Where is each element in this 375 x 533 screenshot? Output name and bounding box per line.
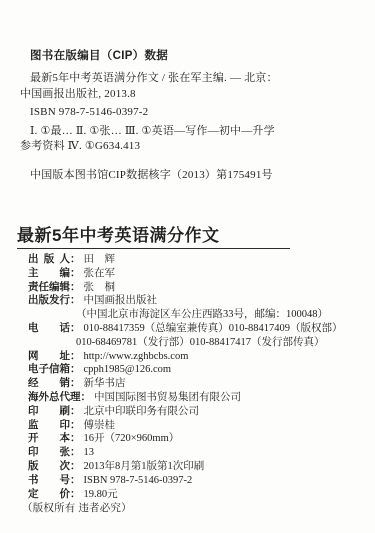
colon: ： <box>70 363 81 377</box>
cip-classification-line-1: Ⅰ. ①最… Ⅱ. ①张… Ⅲ. ①英语—写作—初中—升学 <box>20 124 359 140</box>
colophon-row-printer: 印刷：北京中印联印务有限公司 <box>28 405 363 419</box>
colophon-label: 版次 <box>28 460 70 474</box>
colon: ： <box>81 391 92 405</box>
colophon-row-format: 开本：16开（720×960mm） <box>28 432 363 446</box>
colophon-label: 开本 <box>28 432 70 446</box>
colophon-row-print-supervisor: 监印：傅崇桂 <box>28 419 363 433</box>
colophon-row-chief-editor: 主编：张在军 <box>28 267 363 281</box>
colon: ： <box>70 322 81 336</box>
colophon-label: 主编 <box>28 267 70 281</box>
cip-isbn-line: ISBN 978-7-5146-0397-2 <box>20 105 359 121</box>
colophon-value: 张在军 <box>81 267 116 281</box>
copyright-notice: （版权所有 违者必究） <box>22 502 363 516</box>
colophon-label: 书号 <box>28 474 70 488</box>
colophon-label: 海外总代理 <box>28 391 81 405</box>
colon: ： <box>70 405 81 419</box>
colon: ： <box>70 474 81 488</box>
colophon-label: 印张 <box>28 446 70 460</box>
colophon-row-overseas-agent: 海外总代理：中国国际图书贸易集团有限公司 <box>28 391 363 405</box>
colon: ： <box>70 460 81 474</box>
colon: ： <box>70 432 81 446</box>
colophon-value: 北京中印联印务有限公司 <box>81 405 200 419</box>
colophon-label: 定价 <box>28 488 70 502</box>
cip-entry-line-2: 中国画报出版社, 2013.8 <box>20 87 359 103</box>
colophon-value: cpph1985@126.com <box>81 363 172 377</box>
colophon-row-telephone: 电话：010-88417359（总编室兼传真）010-88417409（版权部） <box>28 322 363 336</box>
cip-block: 图书在版编目（CIP）数据 最新5年中考英语满分作文 / 张在军主编. — 北京… <box>20 50 359 183</box>
colophon-value: 中国画报出版社 <box>81 294 158 308</box>
colophon-value: 13 <box>81 446 95 460</box>
colophon-continuation: （中国北京市海淀区车公庄西路33号，邮编：100048） <box>28 308 328 322</box>
colophon-row-printed-sheets: 印张：13 <box>28 446 363 460</box>
colon: ： <box>70 488 81 502</box>
colophon-label: 电话 <box>28 322 70 336</box>
colophon-value: ISBN 978-7-5146-0397-2 <box>81 474 193 488</box>
colophon-value: http://www.zghbcbs.com <box>81 350 189 364</box>
colophon-label: 印刷 <box>28 405 70 419</box>
book-copyright-page: 图书在版编目（CIP）数据 最新5年中考英语满分作文 / 张在军主编. — 北京… <box>0 0 375 533</box>
colophon-value: 张 桐 <box>81 281 116 295</box>
colophon-row-publisher-address: （中国北京市海淀区车公庄西路33号，邮编：100048） <box>28 308 363 322</box>
colophon-value: 010-88417359（总编室兼传真）010-88417409（版权部） <box>81 322 343 336</box>
colophon-row-email: 电子信箱：cpph1985@126.com <box>28 363 363 377</box>
colophon-row-price: 定价：19.80元 <box>28 488 363 502</box>
colon: ： <box>70 294 81 308</box>
colophon-continuation: 010-68469781（发行部）010-88417417（发行部传真） <box>28 336 325 350</box>
colophon-value: 中国国际图书贸易集团有限公司 <box>91 391 241 405</box>
colophon-row-book-number: 书号：ISBN 978-7-5146-0397-2 <box>28 474 363 488</box>
colophon-row-telephone-2: 010-68469781（发行部）010-88417417（发行部传真） <box>28 336 363 350</box>
colophon-row-responsible-editor: 责任编辑：张 桐 <box>28 281 363 295</box>
colophon-row-website: 网址：http://www.zghbcbs.com <box>28 350 363 364</box>
cip-classification-line-2: 参考资料 Ⅳ. ①G634.413 <box>20 139 359 155</box>
colon: ： <box>70 419 81 433</box>
colon: ： <box>70 253 81 267</box>
colophon-value: 傅崇桂 <box>81 419 116 433</box>
colophon-label: 出版发行 <box>28 294 70 308</box>
colophon-label: 出版人 <box>28 253 70 267</box>
colophon-block: 出版人：田 辉 主编：张在军 责任编辑：张 桐 出版发行：中国画报出版社 （中国… <box>28 253 363 516</box>
cip-record-number-line: 中国版本图书馆CIP数据核字（2013）第175491号 <box>20 168 359 184</box>
cip-heading: 图书在版编目（CIP）数据 <box>20 50 359 63</box>
colon: ： <box>70 377 81 391</box>
colophon-value: 田 辉 <box>81 253 116 267</box>
colon: ： <box>70 350 81 364</box>
title-underline <box>17 248 290 249</box>
book-title: 最新5年中考英语满分作文 <box>17 226 290 245</box>
cip-entry-line-1: 最新5年中考英语满分作文 / 张在军主编. — 北京： <box>20 71 359 87</box>
colophon-label: 监印 <box>28 419 70 433</box>
colon: ： <box>70 446 81 460</box>
colophon-label: 电子信箱 <box>28 363 70 377</box>
colon: ： <box>70 281 81 295</box>
colophon-row-distributor: 经销：新华书店 <box>28 377 363 391</box>
colophon-row-publishing-house: 出版发行：中国画报出版社 <box>28 294 363 308</box>
colophon-value: 2013年8月第1版第1次印刷 <box>81 460 205 474</box>
colophon-label: 网址 <box>28 350 70 364</box>
colophon-row-publisher-person: 出版人：田 辉 <box>28 253 363 267</box>
colophon-value: 新华书店 <box>81 377 126 391</box>
colon: ： <box>70 267 81 281</box>
colophon-label: 经销 <box>28 377 70 391</box>
colophon-row-edition: 版次：2013年8月第1版第1次印刷 <box>28 460 363 474</box>
colophon-value: 19.80元 <box>81 488 118 502</box>
colophon-value: 16开（720×960mm） <box>81 432 180 446</box>
colophon-label: 责任编辑 <box>28 281 70 295</box>
title-block: 最新5年中考英语满分作文 <box>17 226 290 249</box>
